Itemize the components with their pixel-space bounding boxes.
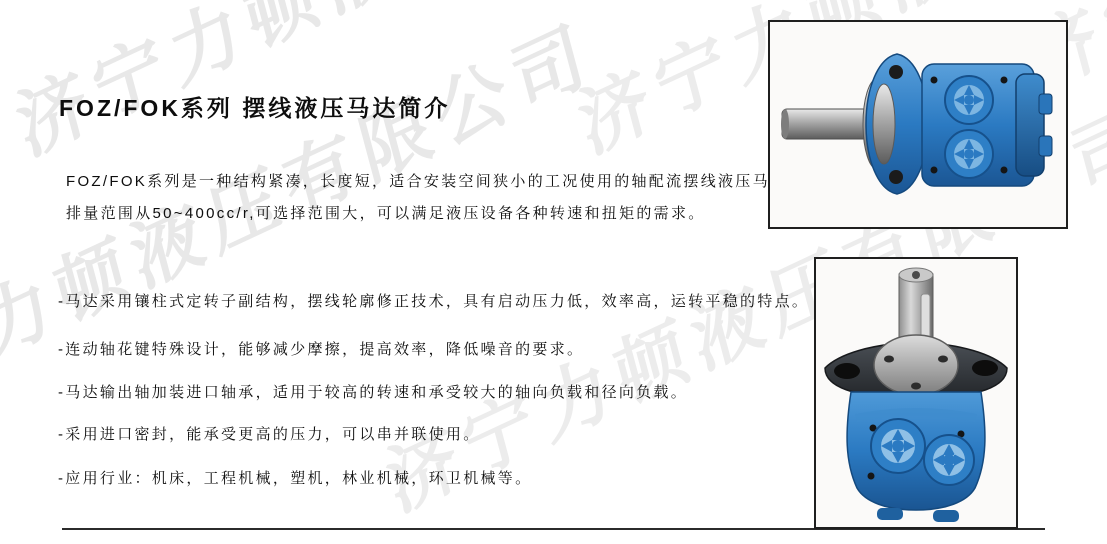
feature-item: -应用行业：机床，工程机械，塑机，林业机械，环卫机械等。 xyxy=(58,467,532,488)
feature-item: -马达输出轴加装进口轴承，适用于较高的转速和承受较大的轴向负载和径向负载。 xyxy=(58,381,688,402)
product-photo-frame-2 xyxy=(814,257,1018,529)
product-photo-motor-side-view xyxy=(776,28,1060,221)
feature-item: -采用进口密封，能承受更高的压力，可以串并联使用。 xyxy=(58,423,481,444)
feature-item: -马达采用镶柱式定转子副结构，摆线轮廓修正技术，具有启动压力低，效率高，运转平稳… xyxy=(58,290,809,311)
product-photo-frame-1 xyxy=(768,20,1068,229)
intro-line-2: 排量范围从50~400cc/r,可选择范围大，可以满足液压设备各种转速和扭矩的需… xyxy=(66,202,706,223)
product-photo-motor-front-view xyxy=(821,264,1011,522)
feature-item: -连动轴花键特殊设计，能够减少摩擦，提高效率，降低噪音的要求。 xyxy=(58,338,584,359)
intro-line-1: FOZ/FOK系列是一种结构紧凑，长度短，适合安装空间狭小的工况使用的轴配流摆线… xyxy=(66,170,805,191)
catalog-page: 济宁力顿液压有限公司 济宁力顿液压有限公司 济宁力顿液压有限公司 济宁力顿液压有… xyxy=(0,0,1107,544)
page-title: FOZ/FOK系列 摆线液压马达简介 xyxy=(59,90,450,123)
